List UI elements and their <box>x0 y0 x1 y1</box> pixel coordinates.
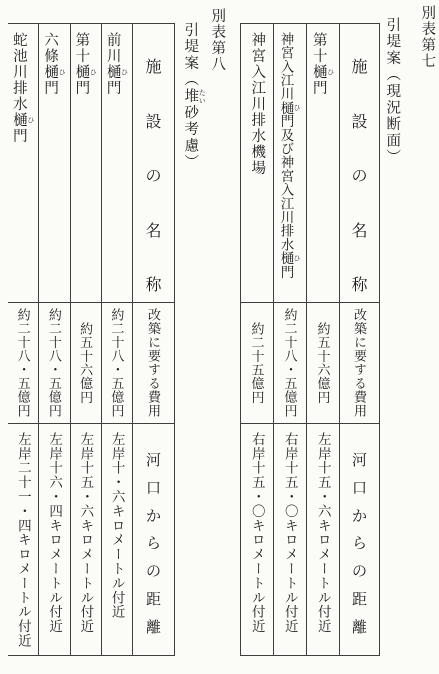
table8-row-maekawa-sluice-gate: 前川樋ひ門 約二十八・五億円 左岸十・六キロメートル付近 <box>101 24 132 655</box>
table8-row-rokujo-sluice-gate: 六條樋ひ門 約二十八・五億円 左岸十六・四キロメートル付近 <box>38 24 69 655</box>
distance-cell: 右岸十五・〇キロメートル付近 <box>241 424 273 655</box>
table7: 神宮入江川排水機場 約二十五億円 右岸十五・〇キロメートル付近 神宮入江川樋ひ門… <box>240 23 380 656</box>
table8-row-jaikegawa-sluice-gate: 蛇池川排水樋ひ門 約二十八・五億円 左岸二十一・四キロメートル付近 <box>8 24 38 655</box>
table8-header-row: 施設の名称 改築に要する費用 河口からの距離 <box>132 24 174 655</box>
table7-subtitle: 引堤案（現況断面） <box>384 17 399 166</box>
table7-title: 別表第七 <box>419 5 434 69</box>
facility-name-cell: 蛇池川排水樋ひ門 <box>8 24 38 303</box>
table7-row-jingu-sluice-gates: 神宮入江川樋ひ門及び神宮入江川排水樋ひ門 約二十八・五億円 右岸十五・〇キロメー… <box>273 24 306 655</box>
cost-cell: 約二十八・五億円 <box>39 303 69 424</box>
distance-cell: 左岸十六・四キロメートル付近 <box>39 424 69 655</box>
facility-name-cell: 第十樋ひ門 <box>307 24 339 303</box>
header-facility-name: 施設の名称 <box>133 24 174 303</box>
table7-row-jingu-pump-station: 神宮入江川排水機場 約二十五億円 右岸十五・〇キロメートル付近 <box>241 24 273 655</box>
header-distance: 河口からの距離 <box>133 424 174 655</box>
cost-cell: 約五十六億円 <box>307 303 339 424</box>
facility-name-cell: 六條樋ひ門 <box>39 24 69 303</box>
distance-cell: 右岸十五・〇キロメートル付近 <box>274 424 306 655</box>
header-distance: 河口からの距離 <box>340 424 379 655</box>
distance-cell: 左岸十・六キロメートル付近 <box>102 424 132 655</box>
header-facility-name: 施設の名称 <box>340 24 379 303</box>
facility-name-cell: 神宮入江川排水機場 <box>241 24 273 303</box>
table7-header-row: 施設の名称 改築に要する費用 河口からの距離 <box>339 24 379 655</box>
table8-row-daiju-sluice-gate: 第十樋ひ門 約五十六億円 左岸十五・六キロメートル付近 <box>70 24 101 655</box>
distance-cell: 左岸二十一・四キロメートル付近 <box>8 424 38 655</box>
facility-name-cell: 前川樋ひ門 <box>102 24 132 303</box>
document-page: 別表第七 引堤案（現況断面） 神宮入江川排水機場 約二十五億円 右岸十五・〇キロ… <box>0 0 439 674</box>
facility-name-cell: 神宮入江川樋ひ門及び神宮入江川排水樋ひ門 <box>274 24 306 303</box>
cost-cell: 約二十八・五億円 <box>8 303 38 424</box>
table8-subtitle: 引堤案（堆たい砂考慮） <box>182 22 206 171</box>
table7-row-daiju-sluice-gate: 第十樋ひ門 約五十六億円 左岸十五・六キロメートル付近 <box>306 24 339 655</box>
table8-title: 別表第八 <box>209 8 224 72</box>
table8: 蛇池川排水樋ひ門 約二十八・五億円 左岸二十一・四キロメートル付近 六條樋ひ門 … <box>8 23 175 656</box>
distance-cell: 左岸十五・六キロメートル付近 <box>71 424 101 655</box>
cost-cell: 約二十八・五億円 <box>274 303 306 424</box>
distance-cell: 左岸十五・六キロメートル付近 <box>307 424 339 655</box>
cost-cell: 約二十八・五億円 <box>102 303 132 424</box>
facility-name-cell: 第十樋ひ門 <box>71 24 101 303</box>
header-cost: 改築に要する費用 <box>133 303 174 424</box>
header-cost: 改築に要する費用 <box>340 303 379 424</box>
cost-cell: 約二十五億円 <box>241 303 273 424</box>
cost-cell: 約五十六億円 <box>71 303 101 424</box>
